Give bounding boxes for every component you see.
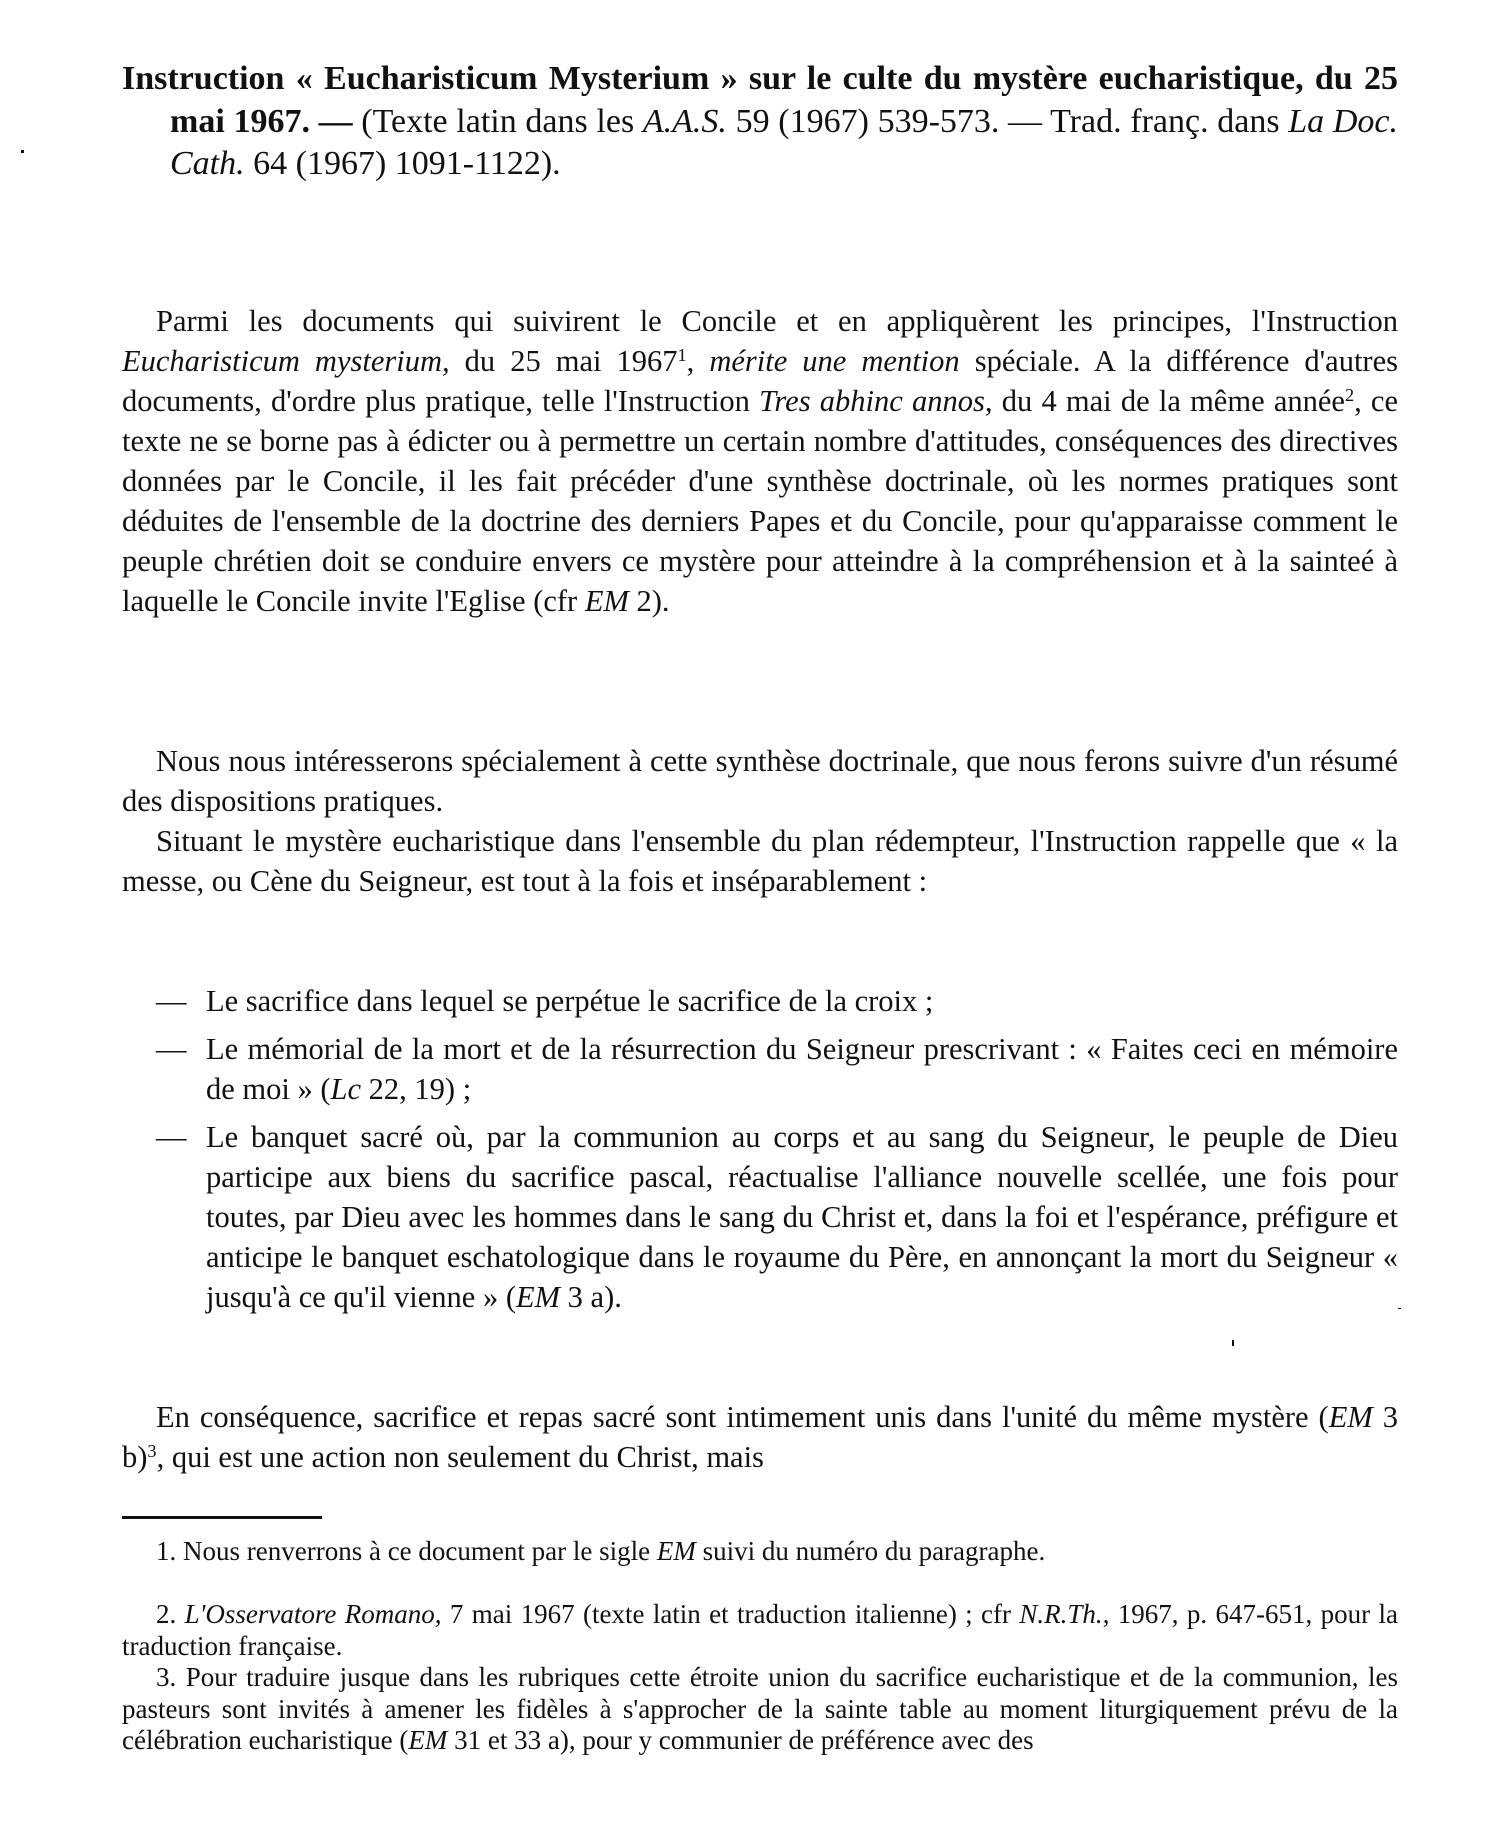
text-run: , qui est une action non seulement du Ch… bbox=[157, 1440, 764, 1474]
italic-run: mérite une mention bbox=[709, 344, 959, 378]
footnote-ref-2[interactable]: 2 bbox=[1345, 385, 1354, 405]
italic-run: EM bbox=[516, 1280, 560, 1314]
title-ref-pre: (Texte latin dans les bbox=[353, 103, 643, 140]
dash-bullet-icon: — bbox=[156, 981, 187, 1021]
list-item: —Le sacrifice dans lequel se perpétue le… bbox=[122, 981, 1398, 1021]
text-run: Parmi les documents qui suivirent le Con… bbox=[156, 304, 1398, 338]
text-run: 2). bbox=[629, 584, 670, 618]
italic-run: Tres abhinc annos, bbox=[759, 384, 992, 418]
text-run: , ce texte ne se borne pas à édicter ou … bbox=[122, 384, 1398, 618]
list-item-text: 22, 19) ; bbox=[361, 1072, 471, 1106]
footnote-number: 3. bbox=[156, 1662, 176, 1692]
paragraph-synthese: Nous nous intéresserons spécialement à c… bbox=[122, 741, 1398, 821]
italic-run: L'Osservatore Romano, bbox=[185, 1599, 442, 1629]
list-item: —Le banquet sacré où, par la communion a… bbox=[122, 1117, 1398, 1317]
scan-speck bbox=[1232, 1340, 1234, 1346]
text-run: du 4 mai de la même année bbox=[993, 384, 1345, 418]
footnote-ref-1[interactable]: 1 bbox=[678, 345, 687, 365]
list-item-text: Le sacrifice dans lequel se perpétue le … bbox=[206, 984, 933, 1018]
paragraph-situant: Situant le mystère eucharistique dans l'… bbox=[122, 821, 1398, 901]
paragraph-consequence: En conséquence, sacrifice et repas sacré… bbox=[122, 1397, 1398, 1477]
footnote-divider bbox=[122, 1516, 322, 1519]
dash-bullet-icon: — bbox=[156, 1117, 187, 1157]
scan-speck bbox=[1398, 1308, 1401, 1309]
italic-run: Lc bbox=[331, 1072, 362, 1106]
italic-run: EM bbox=[1329, 1400, 1373, 1434]
text-run: suivi du numéro du paragraphe. bbox=[696, 1536, 1045, 1566]
list-item: —Le mémorial de la mort et de la résurre… bbox=[122, 1029, 1398, 1109]
text-run: 31 et 33 a), pour y communier de préfére… bbox=[447, 1725, 1033, 1755]
footnote-2: 2. L'Osservatore Romano, 7 mai 1967 (tex… bbox=[122, 1599, 1398, 1662]
italic-run: EM bbox=[408, 1725, 447, 1755]
text-run: En conséquence, sacrifice et repas sacré… bbox=[156, 1400, 1329, 1434]
italic-run: EM bbox=[657, 1536, 696, 1566]
italic-run: N.R.Th. bbox=[1019, 1599, 1102, 1629]
definition-list: —Le sacrifice dans lequel se perpétue le… bbox=[122, 981, 1398, 1325]
paragraph-intro: Parmi les documents qui suivirent le Con… bbox=[122, 301, 1398, 621]
text-run: Nous renverrons à ce document par le sig… bbox=[176, 1536, 657, 1566]
footnote-1: 1. Nous renverrons à ce document par le … bbox=[122, 1536, 1398, 1568]
text-run: , bbox=[687, 344, 710, 378]
italic-run: EM bbox=[585, 584, 629, 618]
title-ref-post: 64 (1967) 1091-1122). bbox=[245, 145, 561, 182]
document-title: Instruction « Eucharisticum Mysterium » … bbox=[122, 58, 1398, 186]
footnote-3: 3. Pour traduire jusque dans les rubriqu… bbox=[122, 1662, 1398, 1757]
text-run: 7 mai 1967 (texte latin et traduction it… bbox=[442, 1599, 1020, 1629]
list-item-text: 3 a). bbox=[560, 1280, 622, 1314]
title-ref-aas: A.A.S. bbox=[643, 103, 727, 140]
footnote-ref-3[interactable]: 3 bbox=[147, 1441, 156, 1461]
footnote-number: 1. bbox=[156, 1536, 176, 1566]
text-run: du 25 mai 1967 bbox=[450, 344, 678, 378]
list-item-text: Le banquet sacré où, par la communion au… bbox=[206, 1120, 1398, 1314]
title-ref-mid: 59 (1967) 539-573. — Trad. franç. dans bbox=[727, 103, 1288, 140]
dash-bullet-icon: — bbox=[156, 1029, 187, 1069]
footnote-number: 2. bbox=[156, 1599, 176, 1629]
italic-run: Eucharisticum mysterium, bbox=[122, 344, 450, 378]
scan-speck bbox=[21, 150, 24, 153]
